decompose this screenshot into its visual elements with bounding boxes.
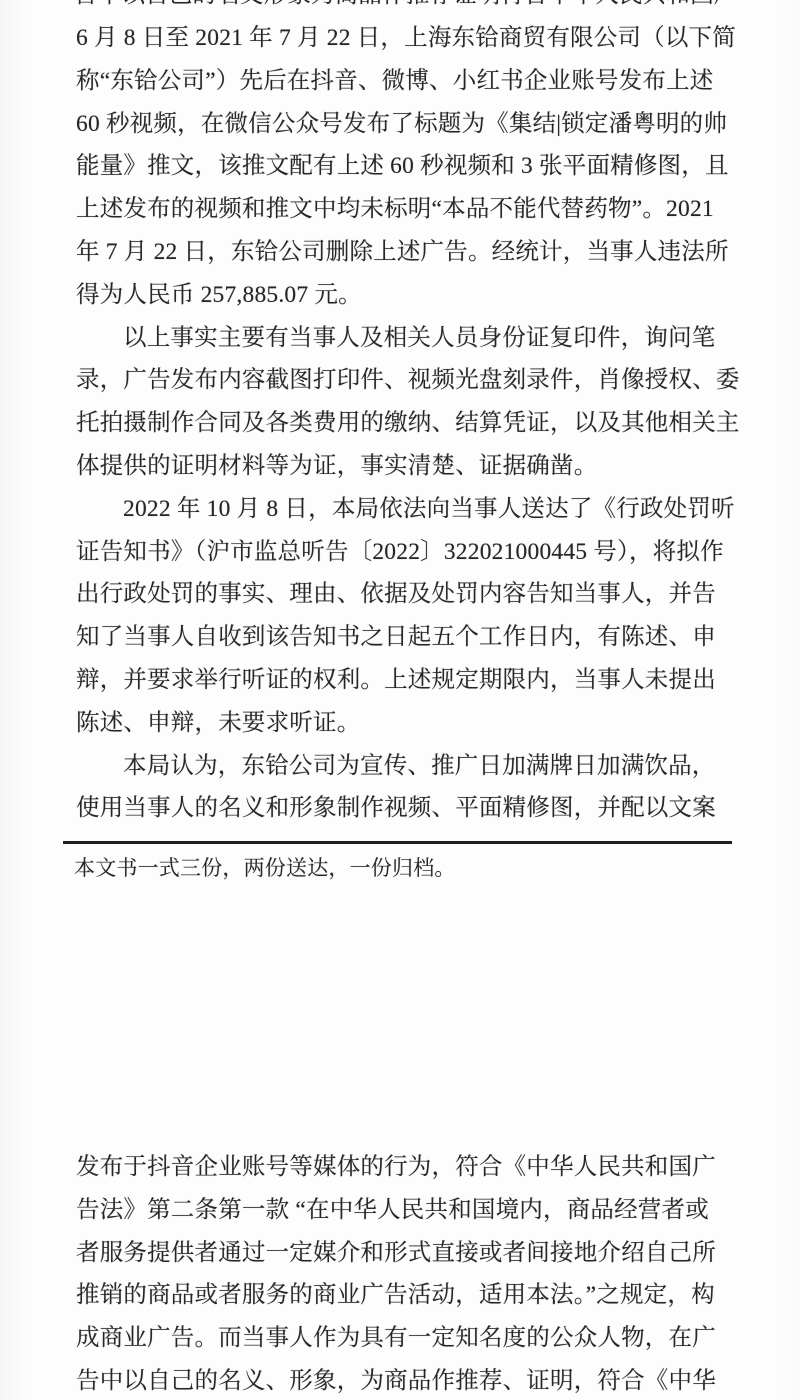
text-line: 称“东铪公司”）先后在抖音、微博、小红书企业账号发布上述 (76, 60, 738, 103)
text-line: 辩，并要求举行听证的权利。上述规定期限内，当事人未提出 (76, 659, 738, 702)
text-line: 陈述、申辩，未要求听证。 (76, 702, 738, 745)
text-line: 上述发布的视频和推文中均未标明“本品不能代替药物”。2021 (76, 188, 738, 231)
text-line: 出行政处罚的事实、理由、依据及处罚内容告知当事人，并告 (76, 573, 738, 616)
text-line: 知了当事人自收到该告知书之日起五个工作日内，有陈述、申 (76, 616, 738, 659)
text-line: 成商业广告。而当事人作为具有一定知名度的公众人物，在广 (76, 1317, 738, 1360)
clipped-previous-line: 告中以自己的名义形象为商品作推荐证明符合中华人民共和国广 (74, 0, 744, 9)
text-line: 60 秒视频，在微信公众号发布了标题为《集结|锁定潘粤明的帅 (76, 103, 738, 146)
text-line: 得为人民币 257,885.07 元。 (76, 274, 738, 317)
text-line: 告法》第二条第一款 “在中华人民共和国境内，商品经营者或 (76, 1189, 738, 1232)
footer-separator-rule (63, 841, 732, 844)
text-line: 推销的商品或者服务的商业广告活动，适用本法。”之规定，构 (76, 1274, 738, 1317)
page1-body-text: 6 月 8 日至 2021 年 7 月 22 日，上海东铪商贸有限公司（以下简 … (76, 17, 738, 830)
paragraph-start-line: 以上事实主要有当事人及相关人员身份证复印件，询问笔 (76, 317, 738, 360)
text-line: 录，广告发布内容截图打印件、视频光盘刻录件，肖像授权、委 (76, 359, 738, 402)
text-line: 者服务提供者通过一定媒介和形式直接或者间接地介绍自己所 (76, 1232, 738, 1275)
paragraph-start-line: 2022 年 10 月 8 日，本局依法向当事人送达了《行政处罚听 (76, 488, 738, 531)
text-line: 证告知书》（沪市监总听告〔2022〕322021000445 号），将拟作 (76, 531, 738, 574)
text-line: 6 月 8 日至 2021 年 7 月 22 日，上海东铪商贸有限公司（以下简 (76, 17, 738, 60)
clipped-previous-line-text: 告中以自己的名义形象为商品作推荐证明符合中华人民共和国广 (74, 0, 744, 8)
text-line: 发布于抖音企业账号等媒体的行为，符合《中华人民共和国广 (76, 1146, 738, 1189)
text-line: 年 7 月 22 日，东铪公司删除上述广告。经统计，当事人违法所 (76, 231, 738, 274)
document-page: 告中以自己的名义形象为商品作推荐证明符合中华人民共和国广 6 月 8 日至 20… (0, 0, 800, 1400)
text-line: 使用当事人的名义和形象制作视频、平面精修图，并配以文案 (76, 787, 738, 830)
copies-footnote: 本文书一式三份，两份送达，一份归档。 (74, 855, 634, 882)
text-line: 能量》推文，该推文配有上述 60 秒视频和 3 张平面精修图，且 (76, 145, 738, 188)
page2-body-text: 发布于抖音企业账号等媒体的行为，符合《中华人民共和国广 告法》第二条第一款 “在… (76, 1146, 738, 1400)
text-line: 托拍摄制作合同及各类费用的缴纳、结算凭证，以及其他相关主 (76, 402, 738, 445)
text-line: 告中以自己的名义、形象，为商品作推荐、证明，符合《中华 (76, 1360, 738, 1400)
paragraph-start-line: 本局认为，东铪公司为宣传、推广日加满牌日加满饮品， (76, 745, 738, 788)
text-line: 体提供的证明材料等为证，事实清楚、证据确凿。 (76, 445, 738, 488)
